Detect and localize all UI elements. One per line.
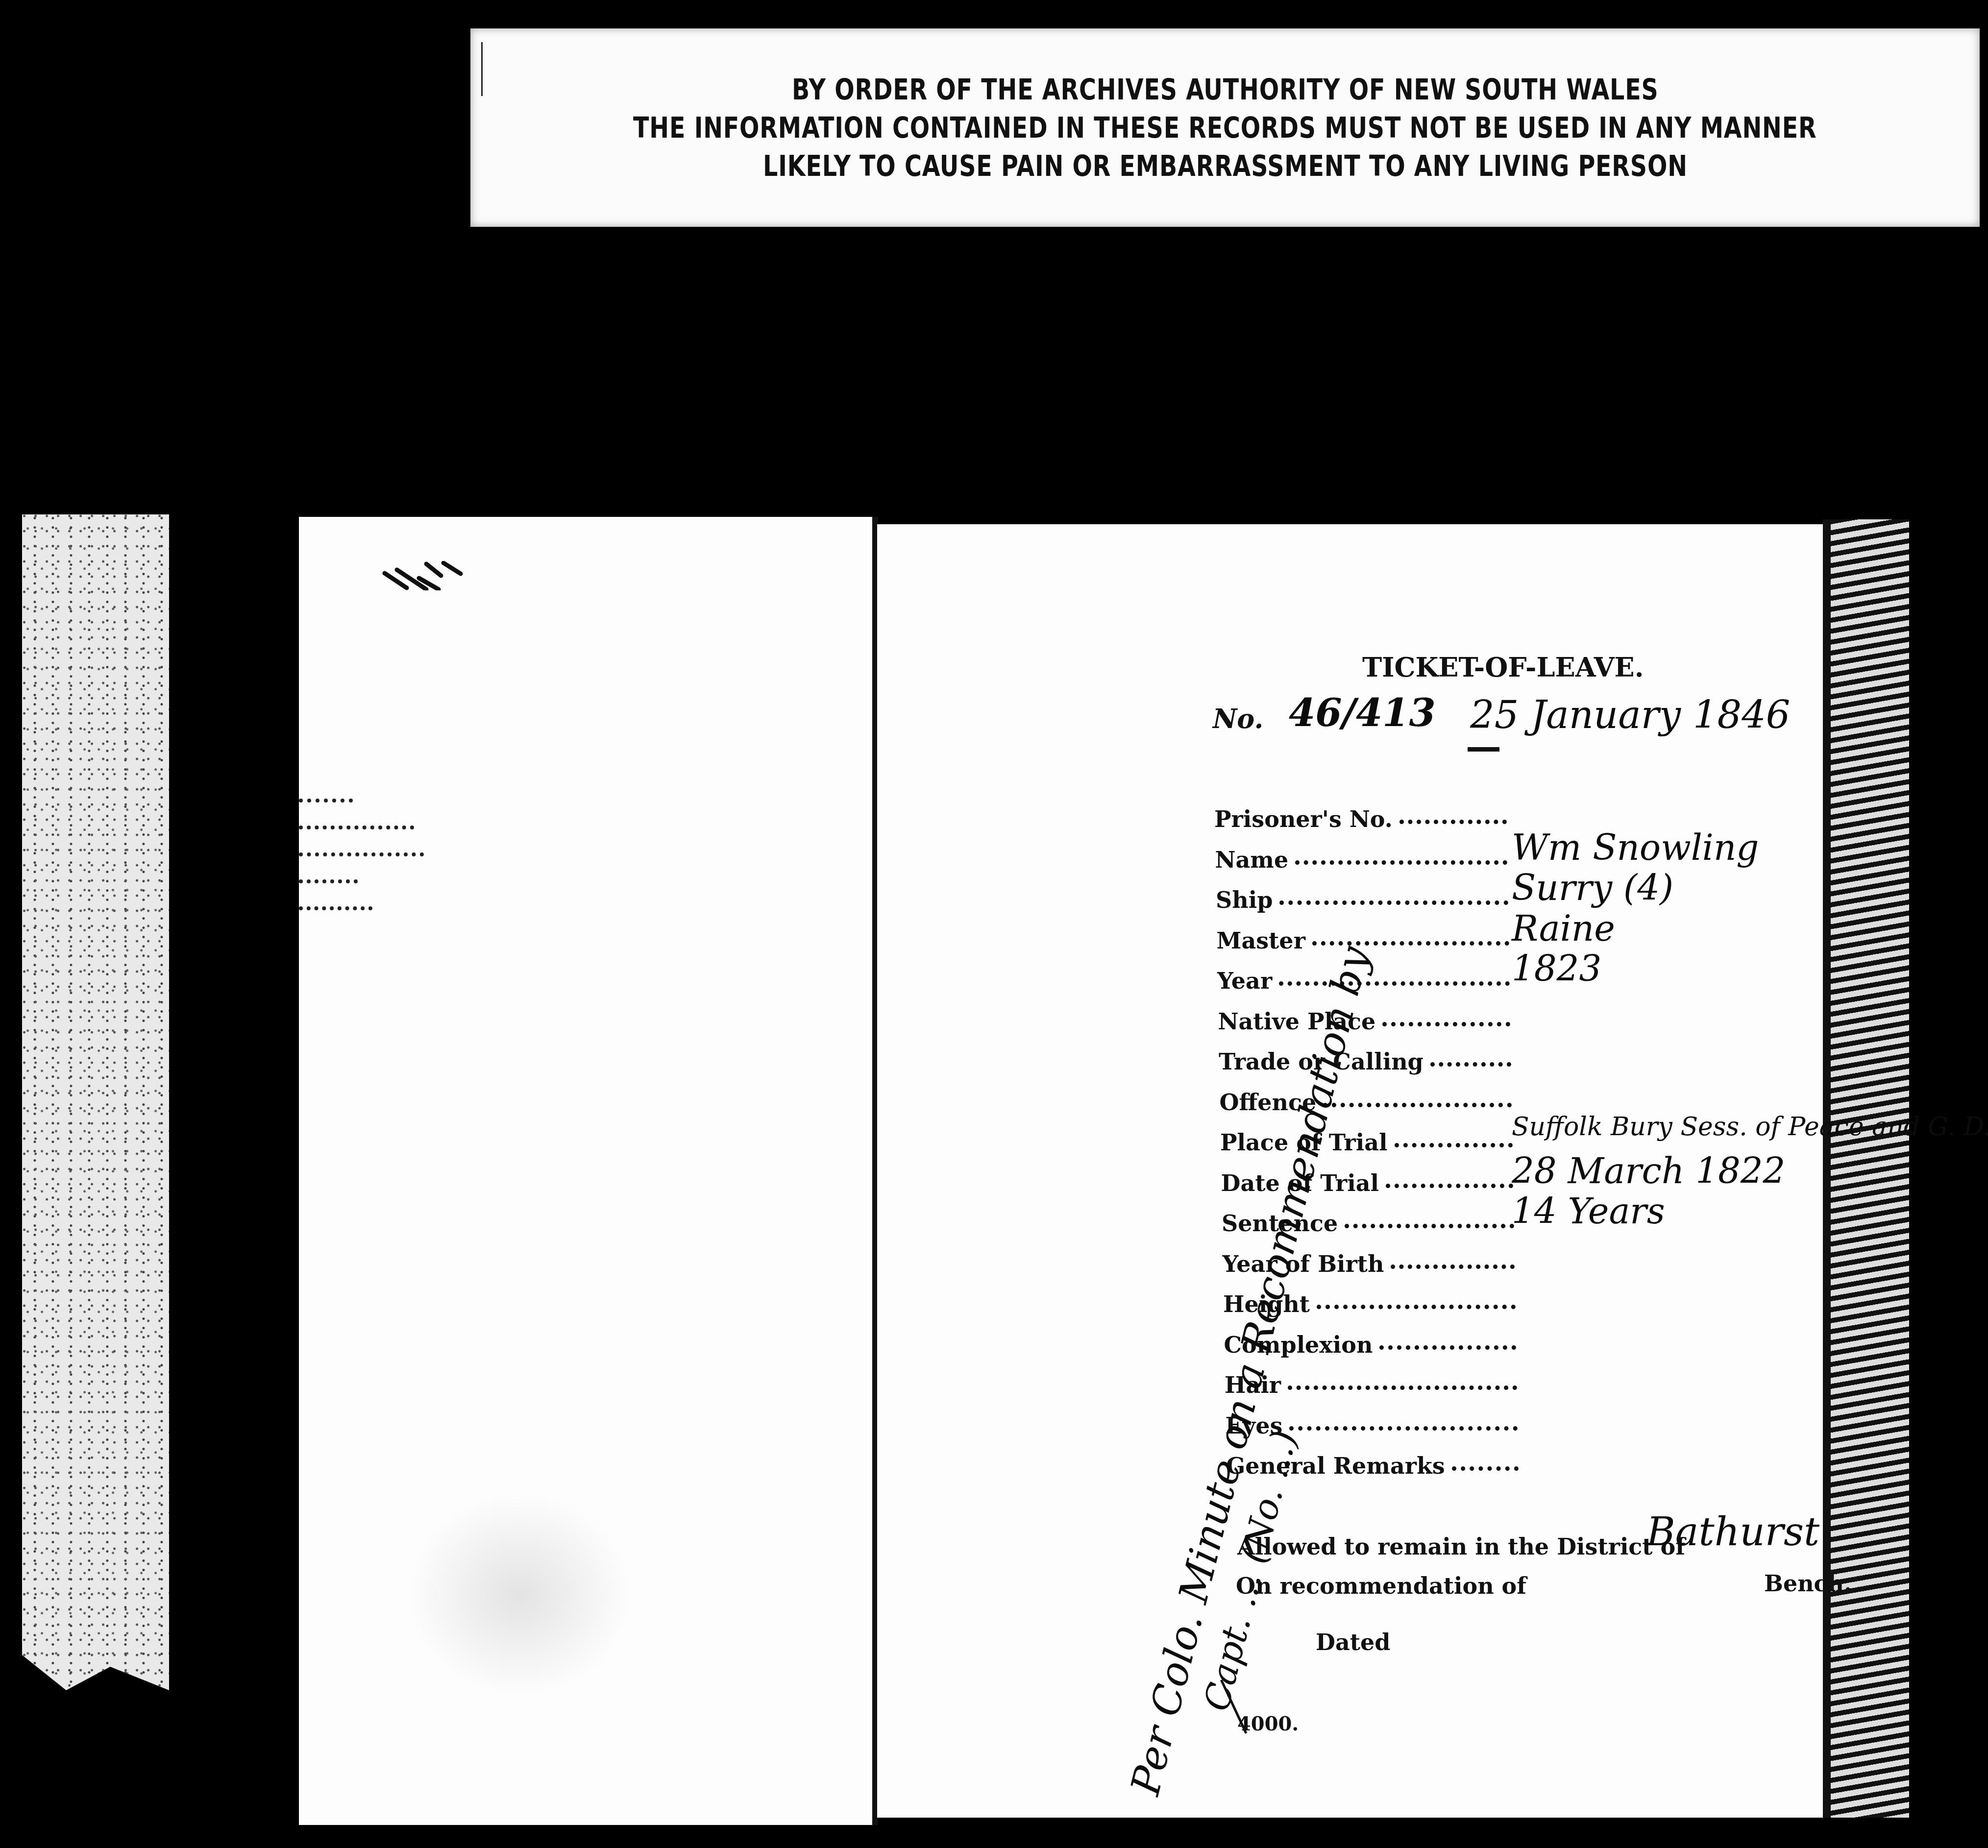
field-row: Native Place	[1218, 1008, 1511, 1035]
field-value: Wm Snowling	[1512, 827, 1759, 868]
notice-line-3: LIKELY TO CAUSE PAIN OR EMBARRASSMENT TO…	[763, 147, 1688, 185]
recommendation-label: On recommendation of	[1236, 1573, 1526, 1599]
dotted-leader	[1399, 820, 1507, 824]
dotted-line	[299, 799, 353, 806]
field-row: Name	[1215, 847, 1508, 873]
field-value: Raine	[1512, 908, 1615, 949]
torn-stub-page	[22, 514, 169, 1690]
ticket-title: TICKET-OF-LEAVE.	[1362, 652, 1644, 683]
spiral-binding	[1823, 519, 1909, 1818]
banner-edge-mark	[481, 42, 483, 96]
dotted-leader	[1345, 1224, 1514, 1228]
dotted-leader	[1279, 900, 1508, 905]
dotted-leader	[1279, 981, 1510, 986]
dotted-leader	[1289, 1426, 1518, 1431]
field-row: Prisoner's No.	[1214, 806, 1507, 832]
district-value: Bathurst	[1646, 1509, 1819, 1555]
field-row: Date of Trial	[1221, 1170, 1514, 1196]
bench-label: Bench.	[1764, 1570, 1852, 1597]
dotted-leader	[1452, 1466, 1519, 1471]
ticket-number-value: 46/413	[1289, 691, 1436, 735]
dotted-line	[299, 852, 424, 860]
field-row: Ship	[1216, 887, 1508, 913]
dotted-line	[299, 879, 358, 887]
dotted-leader	[1379, 1345, 1516, 1350]
dotted-leader	[1295, 860, 1507, 865]
dated-label: Dated	[1316, 1629, 1390, 1655]
dotted-leader	[1323, 1103, 1512, 1107]
field-row: Place of Trial	[1220, 1129, 1513, 1156]
field-value: Surry (4)	[1512, 867, 1673, 908]
left-page	[299, 517, 878, 1825]
field-value: Suffolk Bury Sess. of Peace and G. D.	[1512, 1112, 1988, 1142]
field-label: Prisoner's No.	[1214, 806, 1393, 832]
notice-line-2: THE INFORMATION CONTAINED IN THESE RECOR…	[633, 109, 1816, 147]
dotted-leader	[1317, 1305, 1516, 1309]
field-value: 28 March 1822	[1512, 1150, 1785, 1191]
dotted-line	[299, 826, 414, 833]
dotted-leader	[1430, 1062, 1511, 1067]
field-value: 14 Years	[1512, 1191, 1665, 1232]
dotted-leader	[1395, 1143, 1513, 1147]
dotted-leader	[1386, 1184, 1513, 1188]
dotted-leader	[1391, 1264, 1515, 1269]
district-label: Allowed to remain in the District of	[1237, 1533, 1685, 1560]
ticket-date-value: 25 January 1846	[1470, 693, 1790, 737]
field-label: Ship	[1216, 887, 1273, 913]
field-label: Master	[1217, 927, 1305, 954]
dotted-line	[299, 906, 372, 914]
notice-line-1: BY ORDER OF THE ARCHIVES AUTHORITY OF NE…	[792, 71, 1658, 109]
field-row: Trade or Calling	[1219, 1048, 1511, 1075]
dotted-leader	[1288, 1386, 1517, 1390]
field-value: 1823	[1512, 948, 1601, 989]
field-label: Year	[1217, 968, 1272, 994]
field-label: Name	[1215, 847, 1289, 873]
field-row: Offence	[1220, 1089, 1512, 1116]
ticket-number-label: No.	[1213, 703, 1263, 734]
date-underline	[1468, 747, 1499, 752]
ink-mark-icon	[380, 561, 463, 590]
archives-notice-banner: BY ORDER OF THE ARCHIVES AUTHORITY OF NE…	[470, 28, 1980, 227]
water-stain	[407, 1492, 632, 1698]
dotted-leader	[1382, 1022, 1510, 1026]
